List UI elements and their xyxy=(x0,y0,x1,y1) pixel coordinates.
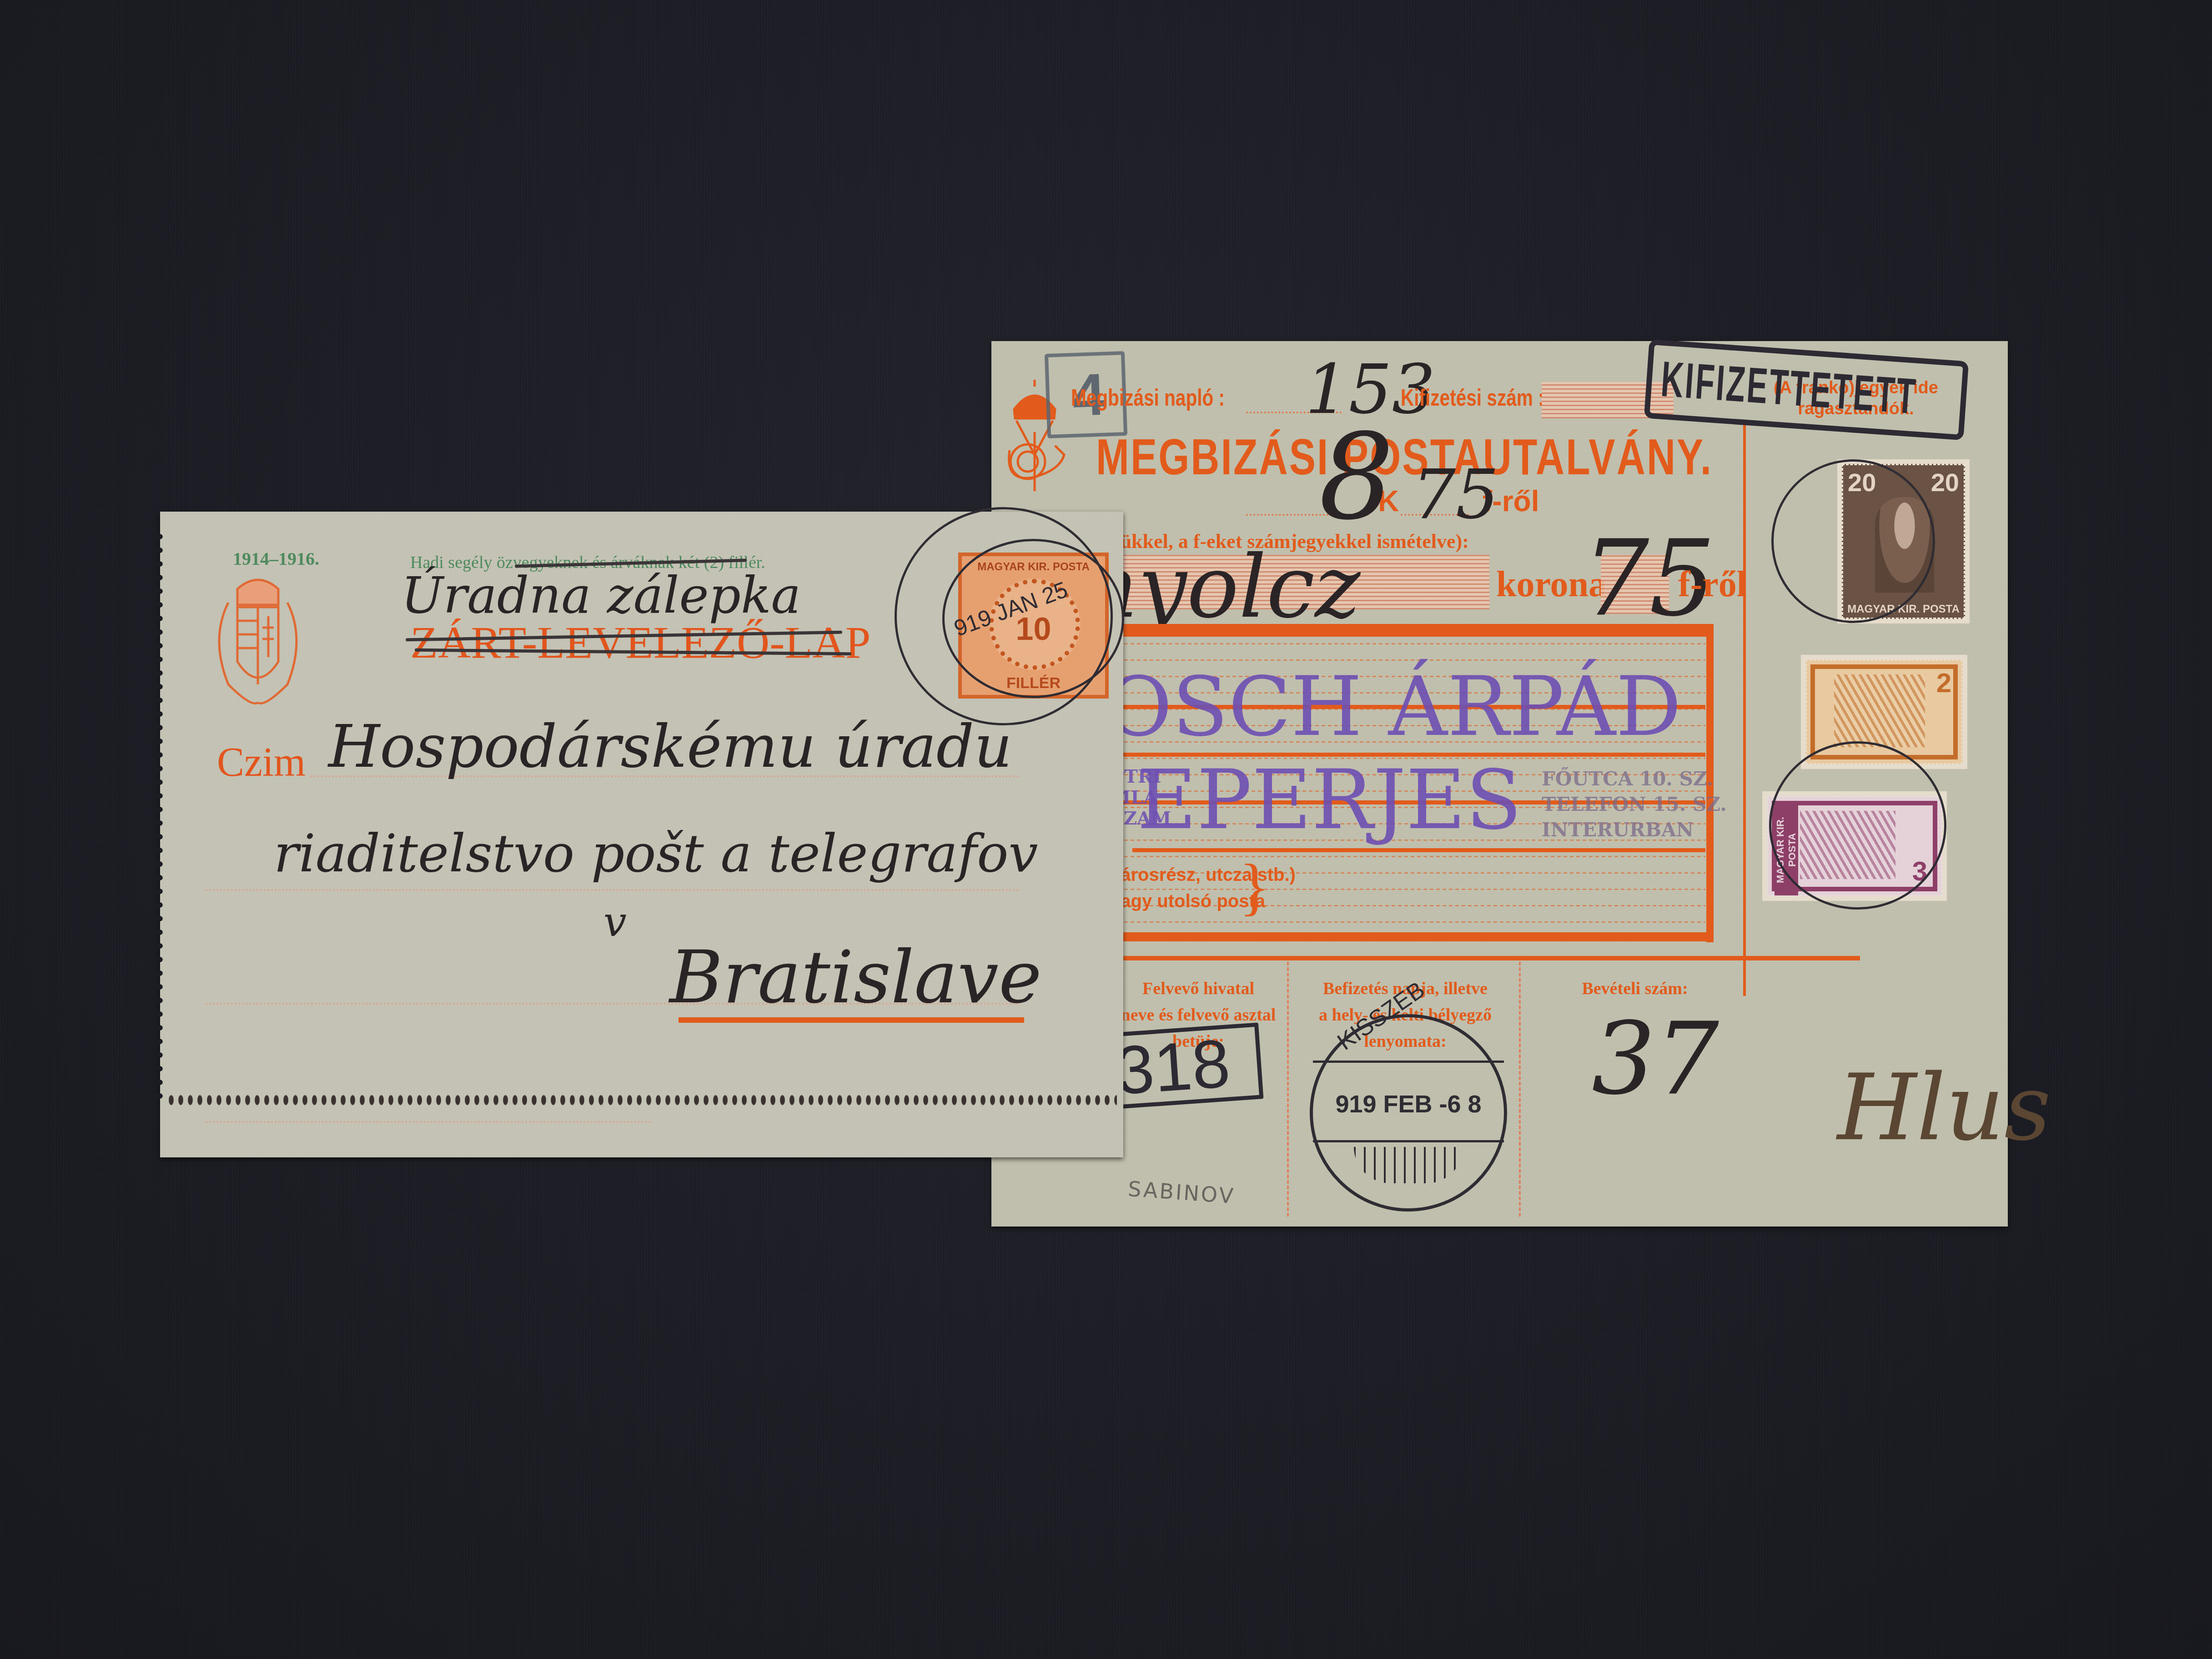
columns-top-rule xyxy=(1105,956,1860,960)
kisszeben-postmark-stamp3 xyxy=(1769,741,1946,910)
hungarian-coat-of-arms-icon xyxy=(201,571,315,712)
f-rol-label-2: f-ről xyxy=(1678,564,1747,605)
col3-header: Bevételi szám: xyxy=(1533,975,1737,1002)
sender-address-stamp: FŐUTCA 10. SZ. TELEFON 15. SZ. INTERURBA… xyxy=(1542,766,1727,843)
years-label: 1914–1916. xyxy=(233,548,319,569)
tear-off-perforation[interactable] xyxy=(166,1095,1117,1106)
kifizettetett-paid-stamp: KIFIZETTETETT xyxy=(1644,339,1969,441)
addressee-rule-4 xyxy=(1132,848,1705,852)
megbizasi-naplo-label: Megbizási napló : xyxy=(1071,384,1268,412)
beveteli-szam-handwritten: 37 xyxy=(1592,1000,1719,1117)
address-line-4 xyxy=(206,1121,651,1123)
czim-label: Czim xyxy=(217,739,306,786)
address-line2-handwritten: riaditelstvo pošt a telegrafov xyxy=(274,823,1038,884)
address-line-2 xyxy=(206,889,1020,891)
harvester-vignette-icon xyxy=(1834,674,1925,747)
kisszeben-postmark-stamp1 xyxy=(1771,459,1935,623)
pencil-note: SABINOV xyxy=(1127,1176,1236,1208)
card-title: ZÁRT-LEVELEZŐ-LAP xyxy=(410,616,870,669)
postmark-date: 919 FEB -6 8 xyxy=(1322,1090,1495,1118)
registration-number-box-stamp: 318 xyxy=(1105,1022,1264,1109)
left-perforation xyxy=(157,530,163,1103)
addressee-box-bottom xyxy=(1103,932,1712,941)
sender-city-stamp: EPERJES xyxy=(1137,759,1522,841)
signature-handwritten: Hlus xyxy=(1837,1055,2051,1161)
stamp-column-divider xyxy=(1743,423,1746,996)
closed-letter-card: 1914–1916. Hadi segély özvegyeknek és ár… xyxy=(160,512,1123,1157)
address-city-handwritten: Bratislave xyxy=(669,935,1042,1020)
column-divider-2 xyxy=(1519,962,1521,1217)
zsolna-postmark-second xyxy=(942,539,1124,698)
money-order-form: 4 Megbizási napló : 153 Kifizetési szám … xyxy=(991,341,2008,1227)
addressee-box-top xyxy=(1103,624,1712,637)
address-brace: } xyxy=(1239,855,1270,919)
sender-name-stamp: OSCH ÁRPÁD xyxy=(1105,666,1681,748)
overwrite-handwritten: Úradna zálepka xyxy=(401,566,801,624)
kisszeben-postmark-large: KISSZEB 919 FEB -6 8 xyxy=(1310,1014,1507,1212)
column-divider-1 xyxy=(1287,962,1289,1217)
address-line3-handwritten: v xyxy=(603,898,627,946)
address-line1-handwritten: Hospodárskému úradu xyxy=(328,712,1012,781)
